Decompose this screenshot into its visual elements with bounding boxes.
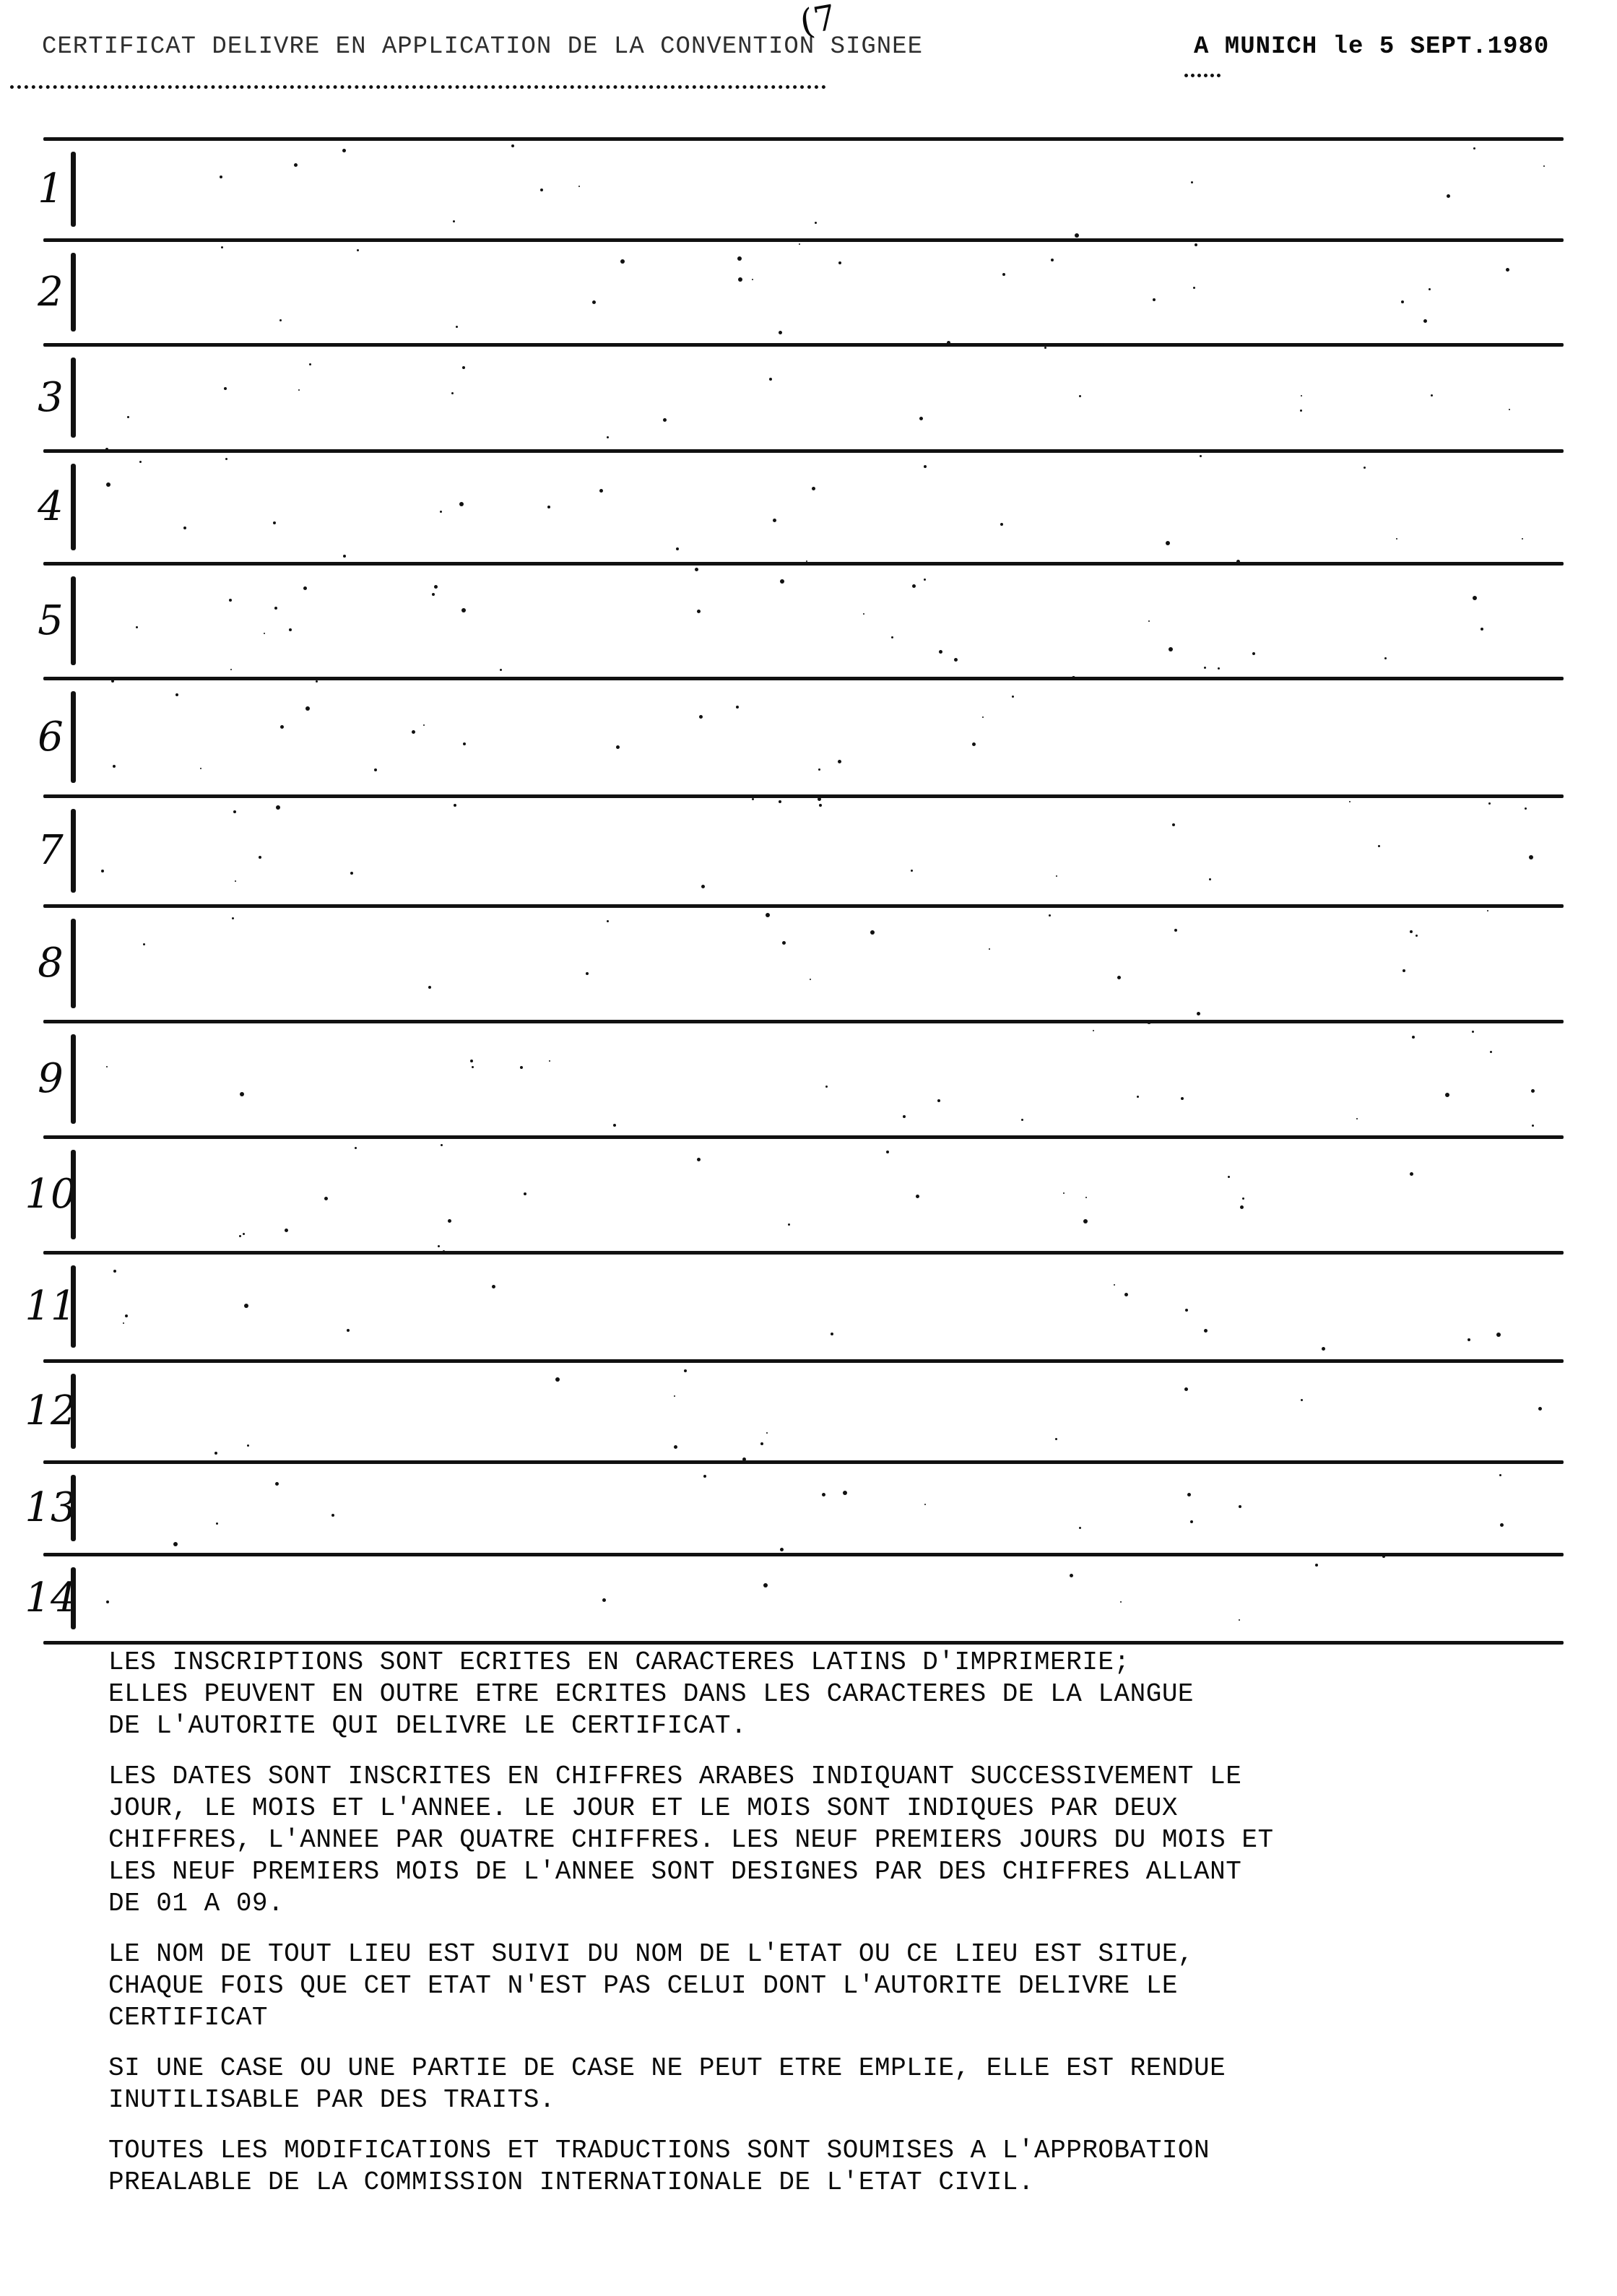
scan-speck xyxy=(616,745,620,749)
instruction-paragraph: TOUTES LES MODIFICATIONS ET TRADUCTIONS … xyxy=(108,2135,1553,2198)
scan-speck xyxy=(812,487,815,490)
row-12-field[interactable] xyxy=(81,1371,1559,1453)
scan-speck xyxy=(891,636,893,638)
row-5-field[interactable] xyxy=(81,573,1559,670)
scan-speck xyxy=(1191,181,1193,183)
form-row: 14 xyxy=(0,1561,1617,1635)
scan-speck xyxy=(1169,647,1173,651)
horizontal-rule xyxy=(43,449,1564,453)
scan-speck xyxy=(1200,455,1202,457)
scan-speck xyxy=(276,805,280,810)
horizontal-rule xyxy=(43,1641,1564,1645)
horizontal-rule xyxy=(43,137,1564,141)
form-row: 4 xyxy=(0,458,1617,556)
row-divider-bar xyxy=(71,576,76,665)
scan-speck xyxy=(838,261,841,264)
scan-speck xyxy=(578,186,580,187)
scan-speck xyxy=(737,256,742,261)
form-row: 8 xyxy=(0,913,1617,1014)
scan-speck xyxy=(549,1060,550,1062)
scan-speck xyxy=(676,547,679,550)
scan-speck xyxy=(1197,1012,1200,1015)
scan-speck xyxy=(1356,1118,1358,1119)
scan-speck xyxy=(780,1548,784,1551)
scan-speck xyxy=(225,458,227,460)
scan-speck xyxy=(695,568,698,571)
scan-speck xyxy=(911,870,913,872)
row-2-field[interactable] xyxy=(81,250,1559,336)
scan-speck xyxy=(374,768,377,771)
scan-speck xyxy=(1487,910,1488,911)
form-row: 11 xyxy=(0,1260,1617,1353)
scan-speck xyxy=(316,680,318,683)
scan-speck xyxy=(1396,538,1397,540)
row-divider-bar xyxy=(71,253,76,332)
form-row: 5 xyxy=(0,571,1617,671)
scan-speck xyxy=(760,1442,763,1445)
instruction-paragraph: LES INSCRIPTIONS SONT ECRITES EN CARACTE… xyxy=(108,1647,1553,1742)
horizontal-rule xyxy=(43,343,1564,347)
row-9-field[interactable] xyxy=(81,1031,1559,1128)
scan-speck xyxy=(244,1304,248,1308)
scan-speck xyxy=(1209,878,1211,880)
scan-speck xyxy=(221,246,223,248)
scan-speck xyxy=(870,930,875,935)
scan-speck xyxy=(347,1329,350,1332)
scan-speck xyxy=(1181,1097,1184,1100)
scan-speck xyxy=(1538,1407,1542,1411)
scan-speck xyxy=(139,461,142,463)
scan-speck xyxy=(309,363,311,365)
instruction-paragraph: SI UNE CASE OU UNE PARTIE DE CASE NE PEU… xyxy=(108,2053,1553,2116)
form-row: 12 xyxy=(0,1368,1617,1455)
scan-speck xyxy=(240,1092,244,1096)
scan-speck xyxy=(324,1197,328,1200)
scan-speck xyxy=(1148,620,1150,622)
form-row: 10 xyxy=(0,1144,1617,1245)
scan-speck xyxy=(838,760,841,763)
scan-speck xyxy=(806,560,807,562)
scan-speck xyxy=(1190,1520,1193,1523)
scan-speck xyxy=(1431,394,1433,397)
scan-speck xyxy=(1236,560,1240,563)
scan-speck xyxy=(511,144,514,147)
scan-speck xyxy=(954,658,958,662)
scan-speck xyxy=(1228,1176,1230,1178)
scan-speck xyxy=(752,279,753,280)
scan-speck xyxy=(1100,343,1104,347)
row-divider-bar xyxy=(71,1034,76,1124)
row-1-field[interactable] xyxy=(81,149,1559,231)
instruction-paragraph: LE NOM DE TOUT LIEU EST SUIVI DU NOM DE … xyxy=(108,1938,1553,2034)
scan-speck xyxy=(818,768,820,771)
horizontal-rule xyxy=(43,1553,1564,1556)
row-3-field[interactable] xyxy=(81,355,1559,442)
scan-speck xyxy=(697,1158,701,1161)
row-divider-bar xyxy=(71,1150,76,1239)
scan-speck xyxy=(432,593,435,596)
scan-speck xyxy=(972,742,976,746)
form-row: 2 xyxy=(0,247,1617,337)
scan-speck xyxy=(229,599,232,602)
scan-speck xyxy=(113,765,116,768)
scan-speck xyxy=(239,1235,241,1237)
scan-speck xyxy=(343,555,346,558)
scan-speck xyxy=(183,527,186,529)
row-7-field[interactable] xyxy=(81,806,1559,897)
scan-speck xyxy=(1072,563,1074,565)
scan-speck xyxy=(105,448,108,451)
scan-speck xyxy=(451,392,454,394)
scan-speck xyxy=(540,189,543,191)
scan-speck xyxy=(136,626,138,628)
scan-speck xyxy=(274,607,277,610)
row-divider-bar xyxy=(71,1374,76,1449)
row-4-field[interactable] xyxy=(81,461,1559,555)
scan-speck xyxy=(524,1192,526,1195)
scan-speck xyxy=(111,680,114,683)
scan-speck xyxy=(1384,657,1387,659)
row-11-field[interactable] xyxy=(81,1262,1559,1352)
scan-speck xyxy=(989,948,990,950)
row-divider-bar xyxy=(71,809,76,893)
scan-speck xyxy=(663,418,667,422)
scan-speck xyxy=(101,870,104,872)
scan-speck xyxy=(843,1491,847,1495)
horizontal-rule xyxy=(43,238,1564,242)
scan-speck xyxy=(947,341,950,345)
scan-speck xyxy=(113,1270,116,1273)
scan-speck xyxy=(1473,596,1477,600)
horizontal-rule xyxy=(43,1135,1564,1139)
scan-speck xyxy=(1147,1020,1151,1024)
scan-speck xyxy=(742,1457,746,1461)
scan-speck xyxy=(1195,243,1197,246)
scan-speck xyxy=(1252,652,1255,655)
scan-speck xyxy=(752,798,754,800)
scan-speck xyxy=(1506,268,1509,272)
scan-speck xyxy=(350,872,353,875)
scan-speck xyxy=(1114,1284,1115,1286)
scan-speck xyxy=(831,1333,833,1335)
scan-speck xyxy=(143,943,145,945)
scan-speck xyxy=(1075,233,1079,238)
horizontal-rule xyxy=(43,677,1564,680)
scan-speck xyxy=(924,465,927,468)
scan-speck xyxy=(799,243,800,245)
scan-speck xyxy=(1499,1474,1501,1476)
scan-speck xyxy=(1349,801,1351,802)
row-divider-bar xyxy=(71,358,76,438)
row-divider-bar xyxy=(71,1567,76,1629)
scan-speck xyxy=(825,1086,828,1088)
scan-speck xyxy=(818,797,821,801)
scan-speck xyxy=(462,366,465,369)
horizontal-rule xyxy=(43,1020,1564,1023)
scan-speck xyxy=(903,1115,906,1118)
horizontal-rule xyxy=(43,1460,1564,1464)
scan-speck xyxy=(454,804,456,807)
scan-speck xyxy=(620,259,625,264)
scan-speck xyxy=(173,1542,178,1546)
form-row: 3 xyxy=(0,352,1617,443)
horizontal-rule xyxy=(43,904,1564,908)
instruction-paragraph: LES DATES SONT INSCRITES EN CHIFFRES ARA… xyxy=(108,1761,1553,1920)
row-divider-bar xyxy=(71,691,76,783)
scan-speck xyxy=(697,610,701,613)
form-row: 6 xyxy=(0,685,1617,789)
horizontal-rule xyxy=(43,1251,1564,1255)
scan-speck xyxy=(773,519,776,522)
row-divider-bar xyxy=(71,152,76,227)
scan-speck xyxy=(1049,914,1051,917)
form-row: 13 xyxy=(0,1469,1617,1547)
scan-speck xyxy=(275,1482,279,1486)
scan-speck xyxy=(434,585,438,589)
scan-speck xyxy=(500,669,502,671)
scan-speck xyxy=(1382,1555,1385,1558)
scan-speck xyxy=(1473,147,1475,150)
scan-speck xyxy=(779,331,782,334)
scan-speck xyxy=(547,506,550,508)
row-divider-bar xyxy=(71,1475,76,1541)
scan-speck xyxy=(280,725,284,729)
scan-speck xyxy=(1172,823,1175,826)
row-8-field[interactable] xyxy=(81,916,1559,1013)
scan-speck xyxy=(1423,319,1427,323)
scan-speck xyxy=(1056,875,1057,877)
scan-speck xyxy=(1378,845,1380,847)
horizontal-rule xyxy=(43,1359,1564,1363)
scan-speck xyxy=(259,856,261,859)
scan-speck xyxy=(1445,1093,1449,1097)
row-divider-bar xyxy=(71,1265,76,1348)
scan-speck xyxy=(763,1583,768,1587)
scan-speck xyxy=(912,584,916,588)
scan-speck xyxy=(592,300,596,304)
horizontal-rule xyxy=(43,562,1564,566)
scan-speck xyxy=(1051,259,1054,261)
scan-speck xyxy=(1083,1219,1088,1223)
scan-speck xyxy=(819,804,822,807)
scan-speck xyxy=(1021,1119,1023,1121)
scan-speck xyxy=(1204,1329,1208,1333)
scan-speck xyxy=(1187,1493,1191,1496)
row-10-field[interactable] xyxy=(81,1147,1559,1244)
scan-speck xyxy=(822,1493,825,1496)
form-row: 1 xyxy=(0,146,1617,233)
horizontal-rule xyxy=(43,794,1564,798)
scan-speck xyxy=(331,1514,334,1517)
form-row: 9 xyxy=(0,1028,1617,1130)
scan-speck xyxy=(1315,1564,1318,1567)
form-row: 7 xyxy=(0,803,1617,898)
scan-speck xyxy=(1239,1619,1240,1621)
scan-speck xyxy=(1044,347,1046,349)
scan-speck xyxy=(1472,1031,1474,1033)
scan-speck xyxy=(220,176,222,178)
scan-speck xyxy=(916,1195,919,1198)
row-14-field[interactable] xyxy=(81,1564,1559,1634)
scan-speck xyxy=(1153,298,1156,301)
row-divider-bar xyxy=(71,919,76,1008)
scan-speck xyxy=(1137,1096,1139,1098)
scan-speck xyxy=(438,1245,440,1247)
row-divider-bar xyxy=(71,464,76,550)
row-6-field[interactable] xyxy=(81,688,1559,787)
scan-speck xyxy=(520,1066,523,1069)
scan-speck xyxy=(807,240,809,242)
scan-speck xyxy=(1002,273,1005,276)
row-13-field[interactable] xyxy=(81,1472,1559,1546)
scan-speck xyxy=(233,810,236,813)
instructions-block: LES INSCRIPTIONS SONT ECRITES EN CARACTE… xyxy=(108,1647,1553,2217)
